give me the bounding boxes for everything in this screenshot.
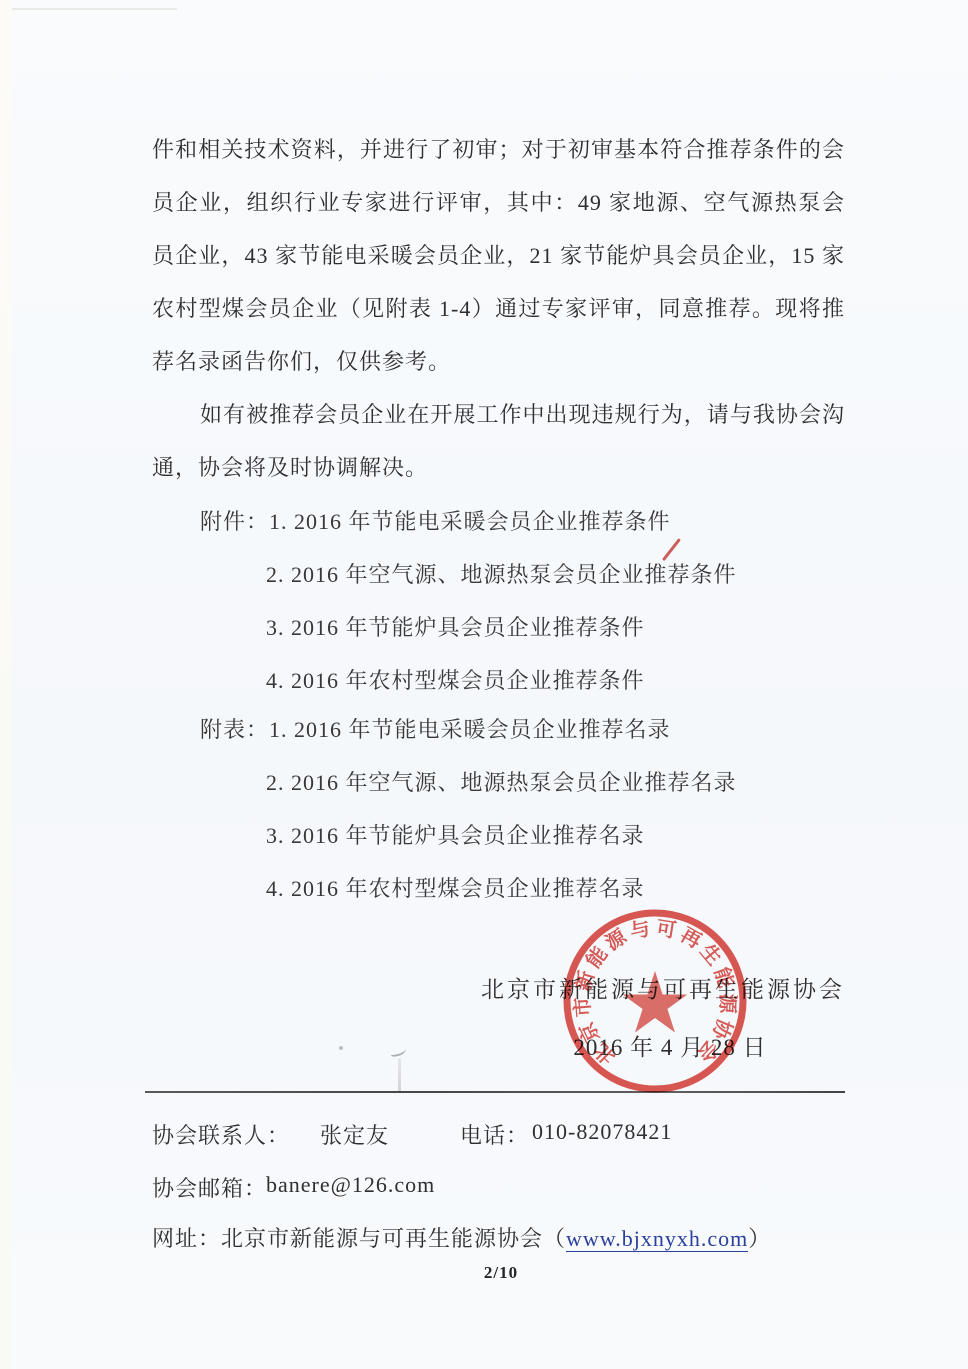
document-page: 件和相关技术资料，并进行了初审；对于初审基本符合推荐条件的会 员企业，组织行业专…	[0, 0, 968, 1369]
appendix-item: 2. 2016 年空气源、地源热泵会员企业推荐名录	[266, 767, 737, 798]
website-close-paren: ）	[748, 1226, 771, 1251]
scan-top-artifact	[12, 8, 177, 10]
appendix-label: 附表：	[200, 717, 269, 742]
contact-name: 张定友	[320, 1119, 389, 1150]
attachment-label: 附件：	[200, 509, 269, 534]
attachment-item-text: 1. 2016 年节能电采暖会员企业推荐条件	[269, 509, 671, 534]
scan-speck	[398, 1058, 401, 1092]
appendix-item: 附表：1. 2016 年节能电采暖会员企业推荐名录	[200, 714, 671, 745]
website-line: 网址：北京市新能源与可再生能源协会（www.bjxnyxh.com）	[152, 1222, 771, 1253]
scan-speck	[389, 1044, 407, 1057]
phone-label: 电话：	[460, 1119, 529, 1150]
appendix-item-text: 1. 2016 年节能电采暖会员企业推荐名录	[269, 717, 671, 742]
scan-edge-artifact	[0, 0, 11, 1369]
red-pen-mark	[662, 538, 681, 561]
paragraph-line: 荐名录函告你们，仅供参考。	[152, 346, 451, 377]
page-number: 2/10	[0, 1263, 968, 1283]
website-link[interactable]: www.bjxnyxh.com	[566, 1226, 748, 1252]
paragraph-line: 件和相关技术资料，并进行了初审；对于初审基本符合推荐条件的会	[152, 134, 845, 165]
scan-speck	[339, 1046, 343, 1050]
paragraph-line: 员企业，43 家节能电采暖会员企业，21 家节能炉具会员企业，15 家	[152, 240, 845, 271]
paragraph-line: 员企业，组织行业专家进行评审，其中：49 家地源、空气源热泵会	[152, 187, 845, 218]
email-address: banere@126.com	[266, 1172, 435, 1198]
attachment-item: 附件：1. 2016 年节能电采暖会员企业推荐条件	[200, 506, 671, 537]
seal-star-icon	[623, 971, 688, 1033]
paragraph-line: 农村型煤会员企业（见附表 1-4）通过专家评审，同意推荐。现将推	[152, 293, 845, 324]
email-label: 协会邮箱：	[152, 1172, 267, 1203]
attachment-item: 3. 2016 年节能炉具会员企业推荐条件	[266, 612, 645, 643]
contact-label: 协会联系人：	[152, 1119, 290, 1150]
attachment-item: 4. 2016 年农村型煤会员企业推荐条件	[266, 665, 645, 696]
website-open-paren: （	[543, 1226, 566, 1251]
paragraph-line: 通，协会将及时协调解决。	[152, 452, 428, 483]
official-seal-stamp: 北京市新能源与可再生能源协会	[545, 891, 765, 1111]
appendix-item: 3. 2016 年节能炉具会员企业推荐名录	[266, 820, 645, 851]
paragraph-line: 如有被推荐会员企业在开展工作中出现违规行为，请与我协会沟	[200, 399, 845, 430]
attachment-item: 2. 2016 年空气源、地源热泵会员企业推荐条件	[266, 559, 737, 590]
phone-number: 010-82078421	[532, 1119, 672, 1145]
website-label: 网址：北京市新能源与可再生能源协会	[152, 1226, 543, 1251]
